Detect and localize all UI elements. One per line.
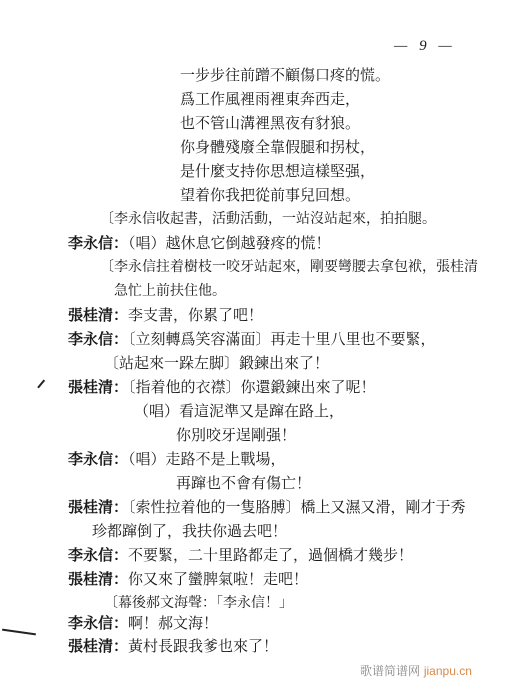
line-text: 不要緊，二十里路都走了，過個橋才幾步！ (128, 546, 413, 564)
speaker-name: 張桂清： (68, 637, 128, 655)
watermark-site-name: 歌谱简谱网 (360, 664, 420, 678)
verse-line: 爲工作風裡雨裡東奔西走， (180, 90, 360, 108)
line-text: 你別咬牙逞剛强！ (176, 426, 296, 444)
dialogue-line: 張桂清：李支書，你累了吧！ (68, 306, 263, 324)
line-text: 珍都蹿倒了，我扶你過去吧！ (92, 522, 287, 540)
dialogue-line: 李永信：（唱）越休息它倒越發疼的慌！ (68, 234, 331, 252)
verse-line: 一步步往前蹭不顧傷口疼的慌。 (180, 66, 390, 84)
line-text: 〔索性拉着他的一隻胳膊〕橋上又濕又滑，剛才于秀 (128, 498, 466, 516)
line-text: 〔站起來一跺左脚〕鍛鍊出來了！ (104, 354, 329, 372)
dialogue-line: （唱）看這泥準又是蹿在路上， (134, 402, 344, 420)
line-text: 啊！郝文海！ (128, 614, 218, 632)
speaker-name: 張桂清： (68, 378, 128, 396)
scan-mark-dash (2, 629, 36, 636)
dialogue-line: 張桂清：〔指着他的衣襟〕你還鍛鍊出來了呢！ (68, 378, 376, 396)
dialogue-line: 〔站起來一跺左脚〕鍛鍊出來了！ (104, 354, 329, 372)
line-text: 李支書，你累了吧！ (128, 306, 263, 324)
dialogue-line: 李永信：啊！郝文海！ (68, 614, 218, 632)
speaker-name: 李永信： (68, 234, 128, 252)
line-text: 急忙上前扶住他。 (114, 283, 226, 299)
line-text: 再蹿也不會有傷亡！ (176, 474, 311, 492)
line-text: 〔指着他的衣襟〕你還鍛鍊出來了呢！ (128, 378, 376, 396)
verse-line: 望着你我把從前事兒回想。 (180, 186, 360, 204)
dialogue-line: 珍都蹿倒了，我扶你過去吧！ (92, 522, 287, 540)
dialogue-line: 張桂清：你又來了蠻脾氣啦！走吧！ (68, 570, 308, 588)
verse-line: 是什麼支持你思想這樣堅强， (180, 162, 375, 180)
line-text: 你又來了蠻脾氣啦！走吧！ (128, 570, 308, 588)
watermark: 歌谱简谱网 jianpu.cn (360, 662, 472, 679)
speaker-name: 李永信： (68, 330, 128, 348)
stage-direction: 〔李永信拄着樹枝一咬牙站起來，剛要彎腰去拿包袱，張桂清 (100, 258, 478, 276)
stage-direction: 急忙上前扶住他。 (114, 282, 226, 300)
verse-line: 也不管山溝裡黑夜有豺狼。 (180, 114, 360, 132)
line-text: 〔李永信拄着樹枝一咬牙站起來，剛要彎腰去拿包袱，張桂清 (100, 259, 478, 275)
scan-mark-slash (37, 379, 45, 388)
speaker-name: 李永信： (68, 614, 128, 632)
line-text: （唱）越休息它倒越發疼的慌！ (128, 234, 331, 252)
speaker-name: 張桂清： (68, 306, 128, 324)
speaker-name: 李永信： (68, 450, 128, 468)
line-text: 黃村長跟我爹也來了！ (128, 637, 278, 655)
watermark-domain: jianpu.cn (424, 664, 472, 678)
page-number: — 9 — (394, 38, 456, 55)
dialogue-line: 李永信：不要緊，二十里路都走了，過個橋才幾步！ (68, 546, 413, 564)
speaker-name: 李永信： (68, 546, 128, 564)
dialogue-line: 李永信：〔立刻轉爲笑容滿面〕再走十里八里也不要緊， (68, 330, 436, 348)
stage-direction: 〔幕後郝文海聲：「李永信！」 (104, 594, 293, 612)
dialogue-line: 張桂清：黃村長跟我爹也來了！ (68, 637, 278, 655)
speaker-name: 張桂清： (68, 498, 128, 516)
line-text: （唱）看這泥準又是蹿在路上， (134, 402, 344, 420)
line-text: 〔李永信收起書，活動活動，一站沒站起來，拍拍腿。 (100, 211, 436, 227)
stage-direction: 〔李永信收起書，活動活動，一站沒站起來，拍拍腿。 (100, 210, 436, 228)
line-text: （唱）走路不是上戰場， (128, 450, 286, 468)
speaker-name: 張桂清： (68, 570, 128, 588)
dialogue-line: 你別咬牙逞剛强！ (176, 426, 296, 444)
verse-line: 你身體殘廢全靠假腿和拐杖， (180, 138, 375, 156)
line-text: 〔立刻轉爲笑容滿面〕再走十里八里也不要緊， (128, 330, 436, 348)
dialogue-line: 再蹿也不會有傷亡！ (176, 474, 311, 492)
dialogue-line: 李永信：（唱）走路不是上戰場， (68, 450, 286, 468)
dialogue-line: 張桂清：〔索性拉着他的一隻胳膊〕橋上又濕又滑，剛才于秀 (68, 498, 466, 516)
line-text: 〔幕後郝文海聲：「李永信！」 (104, 595, 293, 611)
